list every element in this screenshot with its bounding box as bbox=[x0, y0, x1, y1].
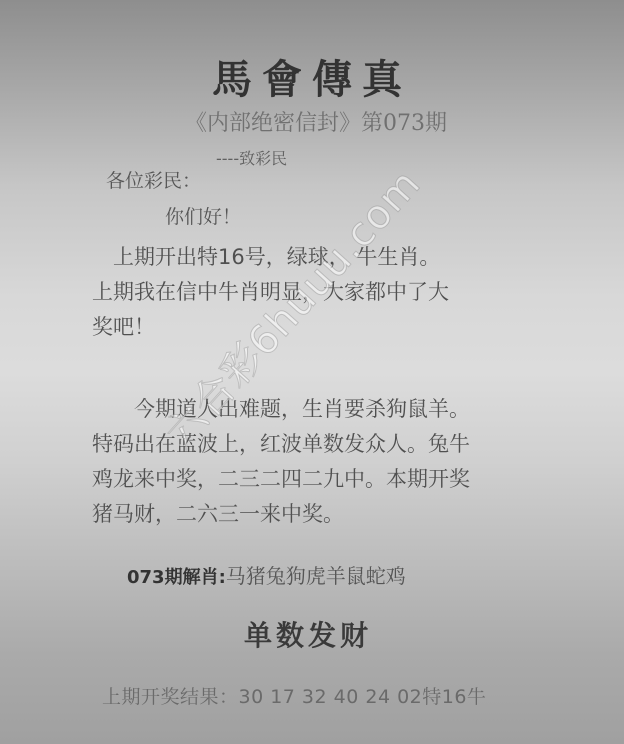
paragraph-line: 今期道人出难题，生肖要杀狗鼠羊。 bbox=[92, 392, 542, 427]
paragraph-last-issue: 上期开出特16号，绿球， 牛生肖。 上期我在信中牛肖明显，大家都中了大 奖吧！ bbox=[92, 240, 542, 345]
paragraph-line: 上期开出特16号，绿球， 牛生肖。 bbox=[92, 240, 542, 275]
paragraph-line: 鸡龙来中奖，二三二四二九中。本期开奖 bbox=[92, 462, 542, 497]
addressee-line: ----致彩民 bbox=[216, 146, 287, 169]
paragraph-line: 上期我在信中牛肖明显，大家都中了大 bbox=[92, 275, 542, 310]
paragraph-line: 猪马财，二六三一来中奖。 bbox=[92, 497, 542, 532]
issue-subtitle: 《内部绝密信封》第073期 bbox=[0, 106, 624, 137]
last-draw-result: 上期开奖结果：30 17 32 40 24 02特16牛 bbox=[102, 682, 486, 709]
paragraph-line: 特码出在蓝波上，红波单数发众人。兔牛 bbox=[92, 427, 542, 462]
zodiac-solution: 073期解肖:马猪兔狗虎羊鼠蛇鸡 bbox=[127, 560, 406, 589]
slogan: 单数发财 bbox=[0, 614, 624, 654]
solution-label: 073期解肖: bbox=[127, 567, 226, 588]
salutation: 各位彩民： bbox=[106, 166, 201, 193]
solution-value: 马猪兔狗虎羊鼠蛇鸡 bbox=[226, 564, 406, 588]
paragraph-line: 奖吧！ bbox=[92, 310, 542, 345]
page-title: 馬會傳真 bbox=[0, 48, 624, 105]
hello-text: 你们好！ bbox=[165, 202, 241, 229]
paragraph-this-issue: 今期道人出难题，生肖要杀狗鼠羊。 特码出在蓝波上，红波单数发众人。兔牛 鸡龙来中… bbox=[92, 392, 542, 532]
